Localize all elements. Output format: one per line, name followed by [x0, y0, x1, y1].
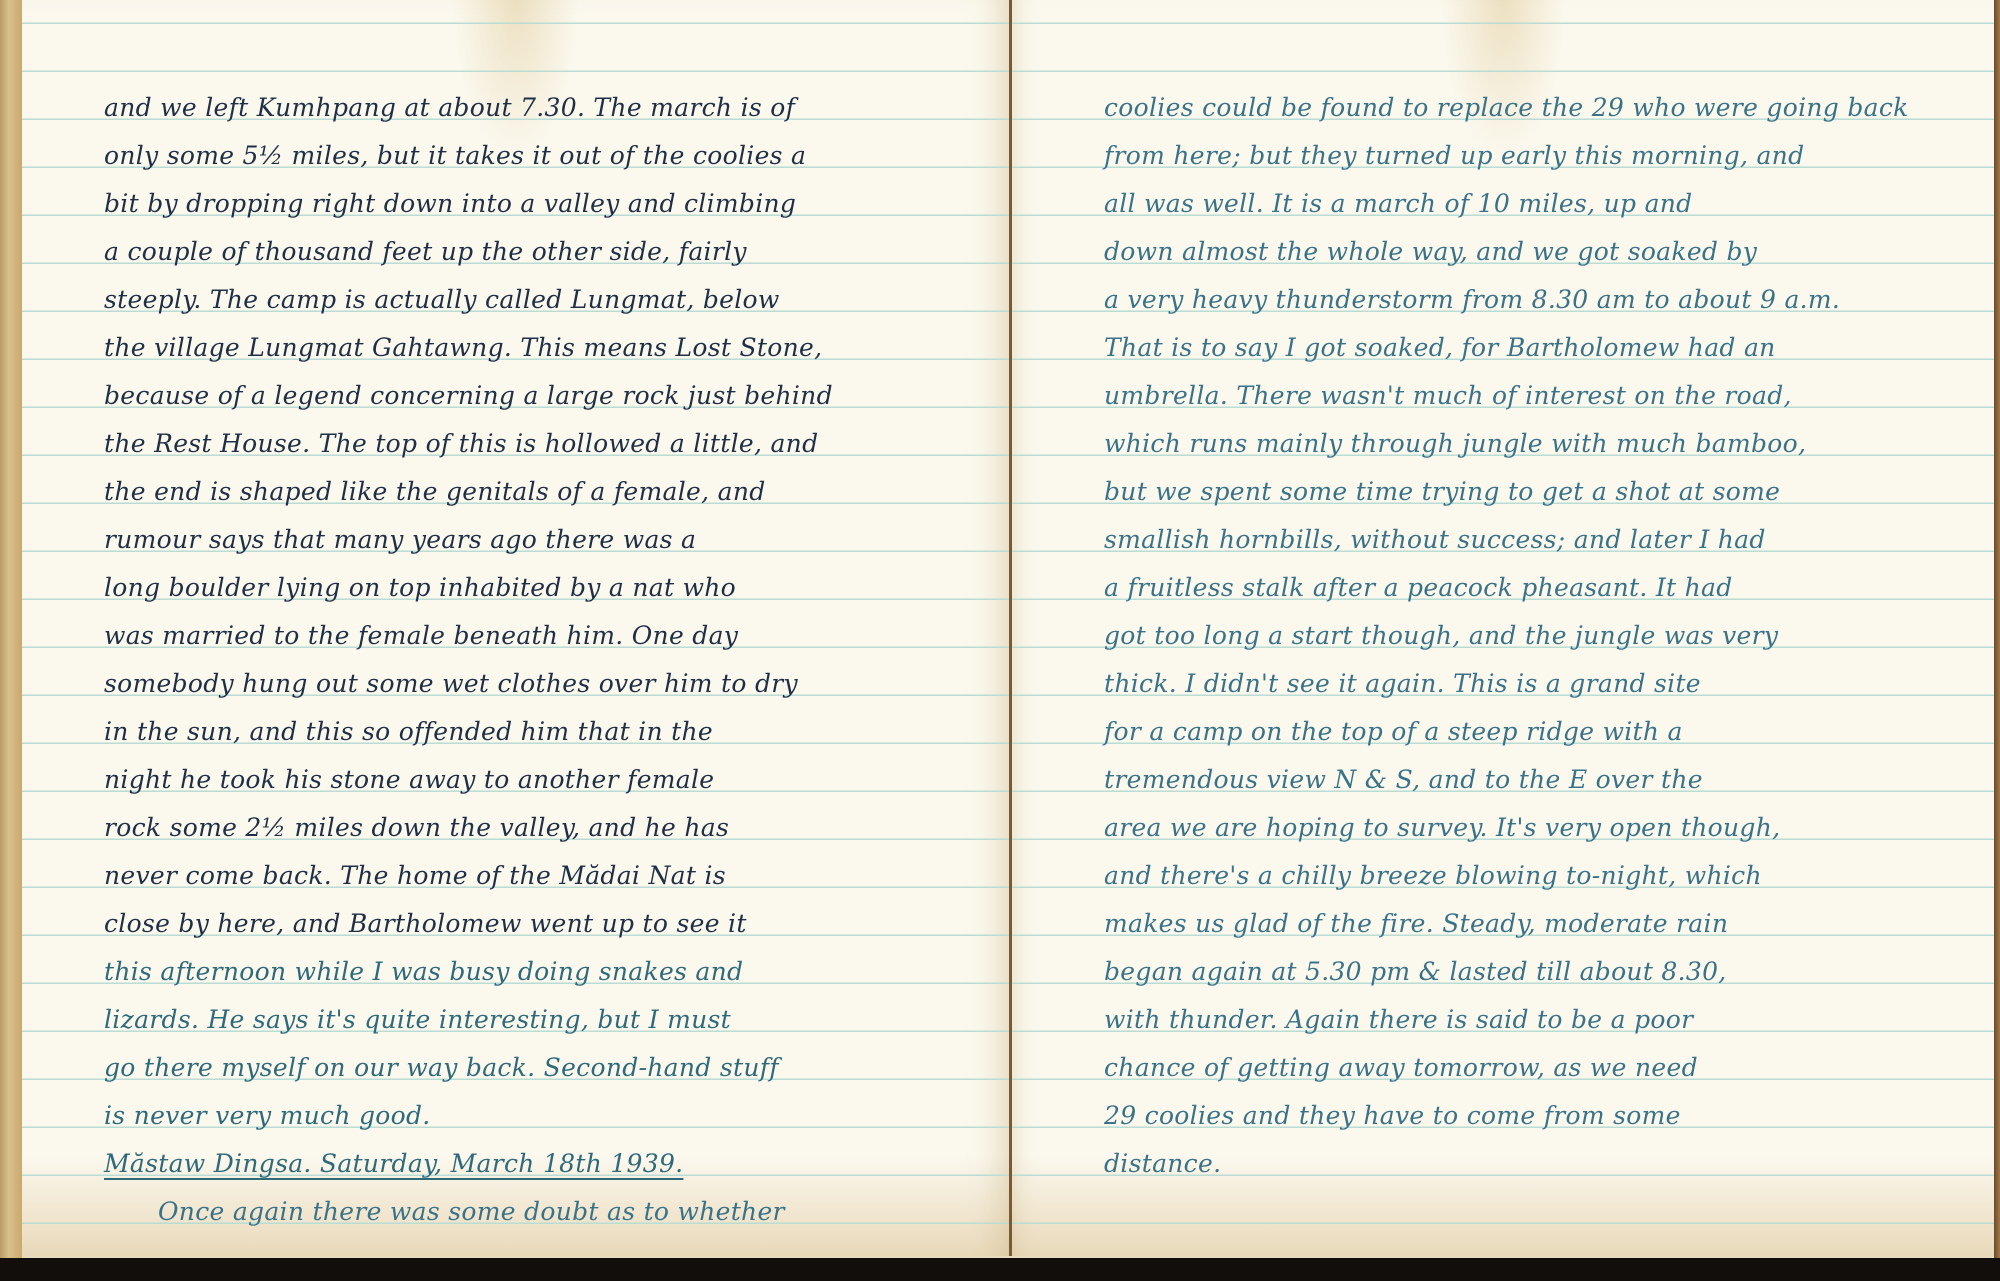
text-line: for a camp on the top of a steep ridge w… [1104, 708, 1984, 756]
background-surface [0, 1258, 2000, 1281]
text-line: night he took his stone away to another … [104, 756, 1004, 804]
text-line: never come back. The home of the Mădai N… [104, 852, 1004, 900]
text-line: coolies could be found to replace the 29… [1104, 84, 1984, 132]
text-line: bit by dropping right down into a valley… [104, 180, 1004, 228]
text-line: somebody hung out some wet clothes over … [104, 660, 1004, 708]
left-page-edge [0, 0, 22, 1258]
text-line: began again at 5.30 pm & lasted till abo… [1104, 948, 1984, 996]
right-page-text: coolies could be found to replace the 29… [1104, 84, 1984, 1188]
text-line: close by here, and Bartholomew went up t… [104, 900, 1004, 948]
text-line: which runs mainly through jungle with mu… [1104, 420, 1984, 468]
text-line: down almost the whole way, and we got so… [1104, 228, 1984, 276]
text-line: rock some 2½ miles down the valley, and … [104, 804, 1004, 852]
left-page: and we left Kumhpang at about 7.30. The … [22, 0, 1010, 1256]
text-line: only some 5½ miles, but it takes it out … [104, 132, 1004, 180]
text-line: smallish hornbills, without success; and… [1104, 516, 1984, 564]
text-line: is never very much good. [104, 1092, 1004, 1140]
text-line: thick. I didn't see it again. This is a … [1104, 660, 1984, 708]
text-line: and there's a chilly breeze blowing to-n… [1104, 852, 1984, 900]
text-line: from here; but they turned up early this… [1104, 132, 1984, 180]
text-line: the end is shaped like the genitals of a… [104, 468, 1004, 516]
text-line: makes us glad of the fire. Steady, moder… [1104, 900, 1984, 948]
text-line: but we spent some time trying to get a s… [1104, 468, 1984, 516]
text-line: area we are hoping to survey. It's very … [1104, 804, 1984, 852]
text-line: That is to say I got soaked, for Barthol… [1104, 324, 1984, 372]
entry-heading: Măstaw Dingsa. Saturday, March 18th 1939… [104, 1140, 1004, 1188]
left-page-text: and we left Kumhpang at about 7.30. The … [104, 84, 1004, 1236]
text-line: a couple of thousand feet up the other s… [104, 228, 1004, 276]
text-line: in the sun, and this so offended him tha… [104, 708, 1004, 756]
text-line: steeply. The camp is actually called Lun… [104, 276, 1004, 324]
text-line: the Rest House. The top of this is hollo… [104, 420, 1004, 468]
text-line: got too long a start though, and the jun… [1104, 612, 1984, 660]
text-line: Once again there was some doubt as to wh… [104, 1188, 1004, 1236]
text-line: and we left Kumhpang at about 7.30. The … [104, 84, 1004, 132]
text-line: rumour says that many years ago there wa… [104, 516, 1004, 564]
text-line: umbrella. There wasn't much of interest … [1104, 372, 1984, 420]
right-page-edge [1994, 0, 2000, 1258]
text-line: 29 coolies and they have to come from so… [1104, 1092, 1984, 1140]
text-line: with thunder. Again there is said to be … [1104, 996, 1984, 1044]
right-page: coolies could be found to replace the 29… [1012, 0, 1994, 1256]
text-line: chance of getting away tomorrow, as we n… [1104, 1044, 1984, 1092]
open-notebook: and we left Kumhpang at about 7.30. The … [0, 0, 2000, 1258]
text-line: all was well. It is a march of 10 miles,… [1104, 180, 1984, 228]
text-line: go there myself on our way back. Second-… [104, 1044, 1004, 1092]
text-line: a very heavy thunderstorm from 8.30 am t… [1104, 276, 1984, 324]
text-line: long boulder lying on top inhabited by a… [104, 564, 1004, 612]
text-line: this afternoon while I was busy doing sn… [104, 948, 1004, 996]
text-line: was married to the female beneath him. O… [104, 612, 1004, 660]
text-line: lizards. He says it's quite interesting,… [104, 996, 1004, 1044]
text-line: the village Lungmat Gahtawng. This means… [104, 324, 1004, 372]
text-line: a fruitless stalk after a peacock pheasa… [1104, 564, 1984, 612]
text-line: because of a legend concerning a large r… [104, 372, 1004, 420]
text-line: distance. [1104, 1140, 1984, 1188]
text-line: tremendous view N & S, and to the E over… [1104, 756, 1984, 804]
